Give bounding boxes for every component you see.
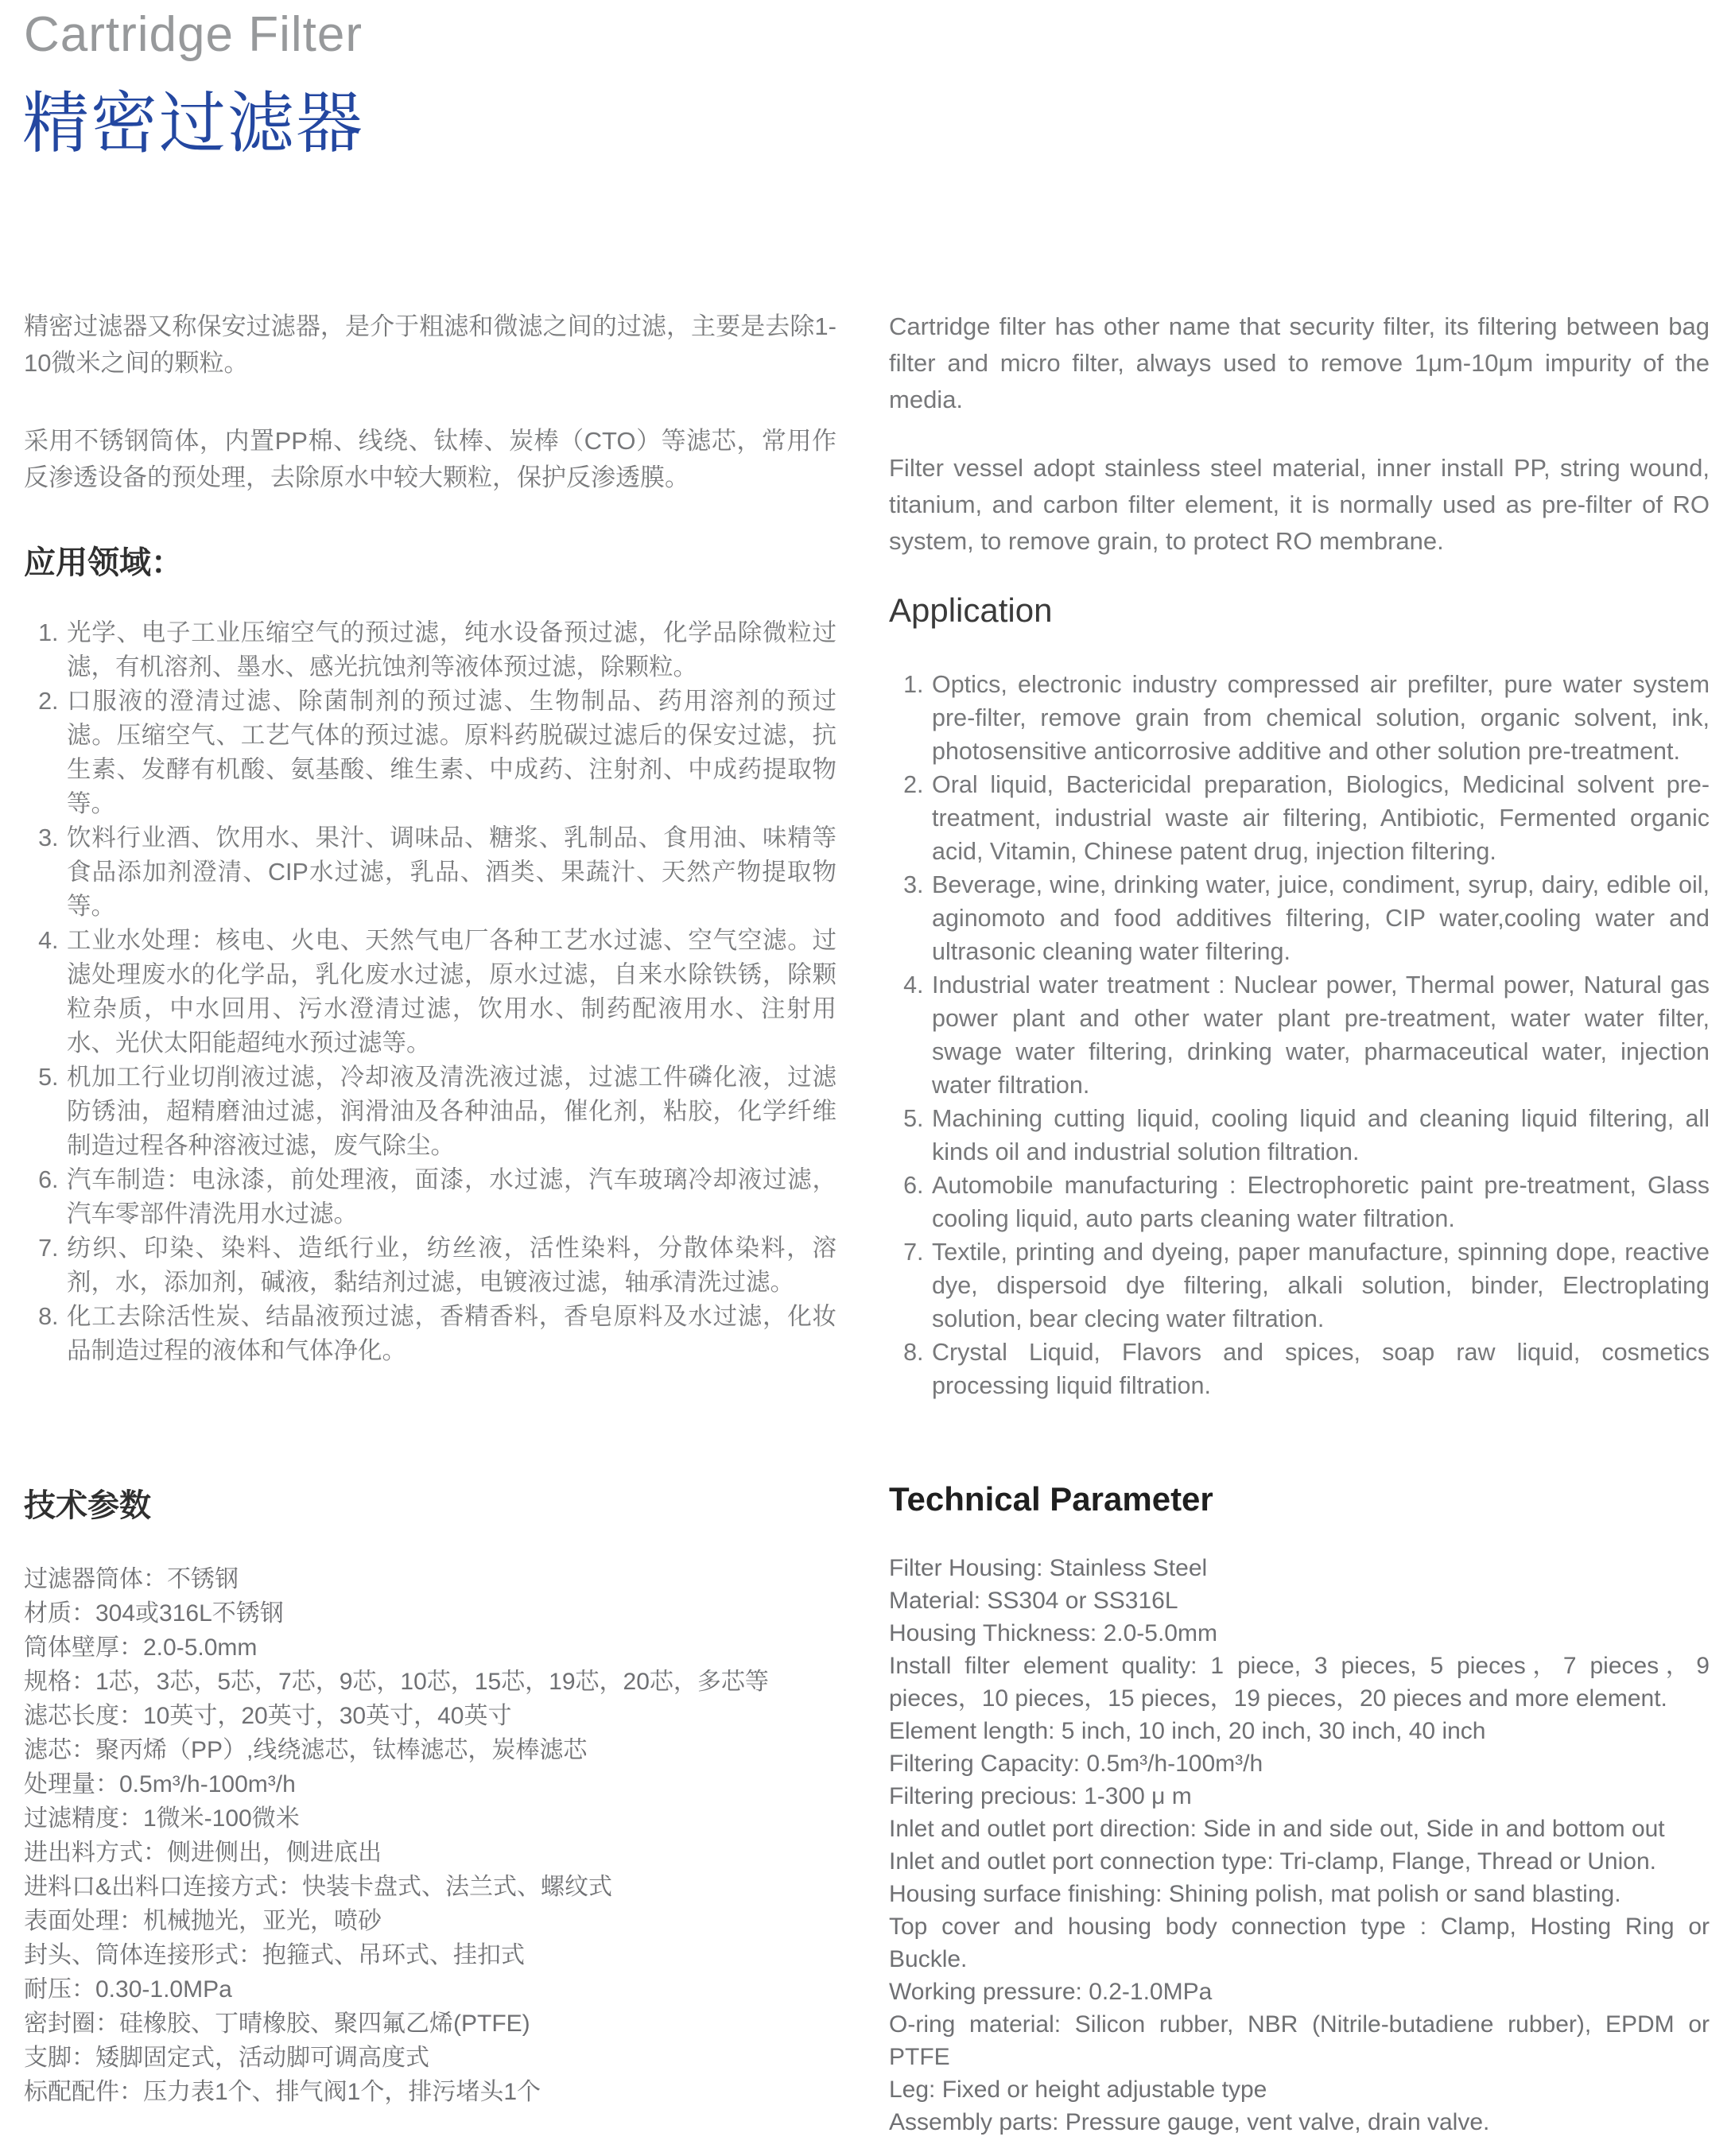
- tech-param-line-chinese: 进料口&出料口连接方式：快装卡盘式、法兰式、螺纹式: [24, 1870, 836, 1904]
- tech-param-line-english: Install filter element quality: 1 piece,…: [889, 1650, 1710, 1715]
- chinese-column-top: 精密过滤器又称保安过滤器，是介于粗滤和微滤之间的过滤，主要是去除1-10微米之间…: [24, 308, 836, 1368]
- chinese-intro: 精密过滤器又称保安过滤器，是介于粗滤和微滤之间的过滤，主要是去除1-10微米之间…: [24, 308, 836, 496]
- application-item-chinese: 饮料行业酒、饮用水、果汁、调味品、糖浆、乳制品、食用油、味精等食品添加剂澄清、C…: [65, 821, 836, 924]
- application-item-english: Automobile manufacturing : Electrophoret…: [930, 1169, 1710, 1235]
- tech-param-line-chinese: 滤芯：聚丙烯（PP）,线绕滤芯，钛棒滤芯，炭棒滤芯: [24, 1733, 836, 1767]
- tech-param-line-chinese: 表面处理：机械抛光，亚光，喷砂: [24, 1904, 836, 1938]
- application-item-chinese: 汽车制造：电泳漆，前处理液，面漆，水过滤，汽车玻璃冷却液过滤，汽车零部件清洗用水…: [65, 1163, 836, 1231]
- application-heading-english: Application: [889, 591, 1710, 630]
- tech-param-line-chinese: 规格：1芯，3芯，5芯，7芯，9芯，10芯，15芯，19芯，20芯，多芯等: [24, 1665, 836, 1699]
- tech-params-chinese: 过滤器筒体：不锈钢材质：304或316L不锈钢筒体壁厚：2.0-5.0mm规格：…: [24, 1562, 836, 2109]
- tech-param-line-chinese: 筒体壁厚：2.0-5.0mm: [24, 1631, 836, 1665]
- tech-param-line-english: Filtering precious: 1-300 μ m: [889, 1780, 1710, 1813]
- tech-param-line-english: Inlet and outlet port connection type: T…: [889, 1845, 1710, 1878]
- application-item-english: Beverage, wine, drinking water, juice, c…: [930, 868, 1710, 968]
- tech-param-line-chinese: 材质：304或316L不锈钢: [24, 1596, 836, 1631]
- tech-param-line-english: Filter Housing: Stainless Steel: [889, 1552, 1710, 1584]
- english-intro: Cartridge filter has other name that sec…: [889, 308, 1710, 560]
- english-column-top: Cartridge filter has other name that sec…: [889, 308, 1710, 1402]
- tech-param-line-chinese: 标配配件：压力表1个、排气阀1个，排污堵头1个: [24, 2075, 836, 2109]
- english-column-tech: Technical Parameter Filter Housing: Stai…: [889, 1480, 1710, 2139]
- tech-heading-english: Technical Parameter: [889, 1480, 1710, 1518]
- chinese-column-tech: 技术参数 过滤器筒体：不锈钢材质：304或316L不锈钢筒体壁厚：2.0-5.0…: [24, 1480, 836, 2109]
- chinese-intro-paragraph: 采用不锈钢筒体，内置PP棉、线绕、钛棒、炭棒（CTO）等滤芯，常用作反渗透设备的…: [24, 423, 836, 496]
- application-item-english: Oral liquid, Bactericidal preparation, B…: [930, 768, 1710, 868]
- application-item-chinese: 口服液的澄清过滤、除菌制剂的预过滤、生物制品、药用溶剂的预过滤。压缩空气、工艺气…: [65, 684, 836, 821]
- datasheet-page: Cartridge Filter 精密过滤器 精密过滤器又称保安过滤器，是介于粗…: [0, 0, 1735, 2156]
- tech-param-line-chinese: 滤芯长度：10英寸，20英寸，30英寸，40英寸: [24, 1699, 836, 1733]
- application-item-english: Textile, printing and dyeing, paper manu…: [930, 1235, 1710, 1336]
- application-list-chinese: 光学、电子工业压缩空气的预过滤，纯水设备预过滤，化学品除微粒过滤，有机溶剂、墨水…: [24, 616, 836, 1368]
- tech-param-line-english: Leg: Fixed or height adjustable type: [889, 2073, 1710, 2106]
- tech-param-line-english: Element length: 5 inch, 10 inch, 20 inch…: [889, 1715, 1710, 1747]
- tech-params-english: Filter Housing: Stainless SteelMaterial:…: [889, 1552, 1710, 2139]
- application-item-english: Crystal Liquid, Flavors and spices, soap…: [930, 1336, 1710, 1402]
- tech-param-line-english: O-ring material: Silicon rubber, NBR (Ni…: [889, 2008, 1710, 2073]
- application-item-chinese: 机加工行业切削液过滤，冷却液及清洗液过滤，过滤工件磷化液，过滤防锈油，超精磨油过…: [65, 1061, 836, 1163]
- english-intro-paragraph: Filter vessel adopt stainless steel mate…: [889, 450, 1710, 560]
- tech-param-line-chinese: 处理量：0.5m³/h-100m³/h: [24, 1767, 836, 1801]
- chinese-intro-paragraph: 精密过滤器又称保安过滤器，是介于粗滤和微滤之间的过滤，主要是去除1-10微米之间…: [24, 308, 836, 382]
- tech-heading-chinese: 技术参数: [24, 1480, 836, 1526]
- tech-param-line-english: Inlet and outlet port direction: Side in…: [889, 1813, 1710, 1845]
- tech-param-line-english: Top cover and housing body connection ty…: [889, 1910, 1710, 1976]
- tech-param-line-english: Working pressure: 0.2-1.0MPa: [889, 1976, 1710, 2008]
- page-title-chinese: 精密过滤器: [22, 70, 364, 166]
- tech-param-line-chinese: 过滤器筒体：不锈钢: [24, 1562, 836, 1596]
- tech-param-line-english: Housing Thickness: 2.0-5.0mm: [889, 1617, 1710, 1650]
- tech-param-line-chinese: 密封圈：硅橡胶、丁晴橡胶、聚四氟乙烯(PTFE): [24, 2007, 836, 2041]
- english-intro-paragraph: Cartridge filter has other name that sec…: [889, 308, 1710, 418]
- application-heading-chinese: 应用领域：: [24, 537, 836, 583]
- application-item-chinese: 光学、电子工业压缩空气的预过滤，纯水设备预过滤，化学品除微粒过滤，有机溶剂、墨水…: [65, 616, 836, 684]
- tech-param-line-chinese: 封头、筒体连接形式：抱箍式、吊环式、挂扣式: [24, 1938, 836, 1972]
- application-item-chinese: 工业水处理：核电、火电、天然气电厂各种工艺水过滤、空气空滤。过滤处理废水的化学品…: [65, 924, 836, 1061]
- tech-param-line-english: Assembly parts: Pressure gauge, vent val…: [889, 2106, 1710, 2139]
- tech-param-line-chinese: 支脚：矮脚固定式，活动脚可调高度式: [24, 2041, 836, 2075]
- tech-param-line-chinese: 过滤精度：1微米-100微米: [24, 1801, 836, 1836]
- tech-param-line-english: Material: SS304 or SS316L: [889, 1584, 1710, 1617]
- tech-param-line-english: Filtering Capacity: 0.5m³/h-100m³/h: [889, 1747, 1710, 1780]
- application-list-english: Optics, electronic industry compressed a…: [889, 668, 1710, 1402]
- application-item-english: Industrial water treatment : Nuclear pow…: [930, 968, 1710, 1102]
- application-item-chinese: 化工去除活性炭、结晶液预过滤，香精香料，香皂原料及水过滤，化妆品制造过程的液体和…: [65, 1300, 836, 1368]
- application-item-chinese: 纺织、印染、染料、造纸行业，纺丝液，活性染料，分散体染料，溶剂，水，添加剂，碱液…: [65, 1231, 836, 1300]
- tech-param-line-english: Housing surface finishing: Shining polis…: [889, 1878, 1710, 1910]
- tech-param-line-chinese: 耐压：0.30-1.0MPa: [24, 1972, 836, 2007]
- application-item-english: Optics, electronic industry compressed a…: [930, 668, 1710, 768]
- application-item-english: Machining cutting liquid, cooling liquid…: [930, 1102, 1710, 1169]
- tech-param-line-chinese: 进出料方式：侧进侧出，侧进底出: [24, 1836, 836, 1870]
- page-title-english: Cartridge Filter: [24, 6, 363, 63]
